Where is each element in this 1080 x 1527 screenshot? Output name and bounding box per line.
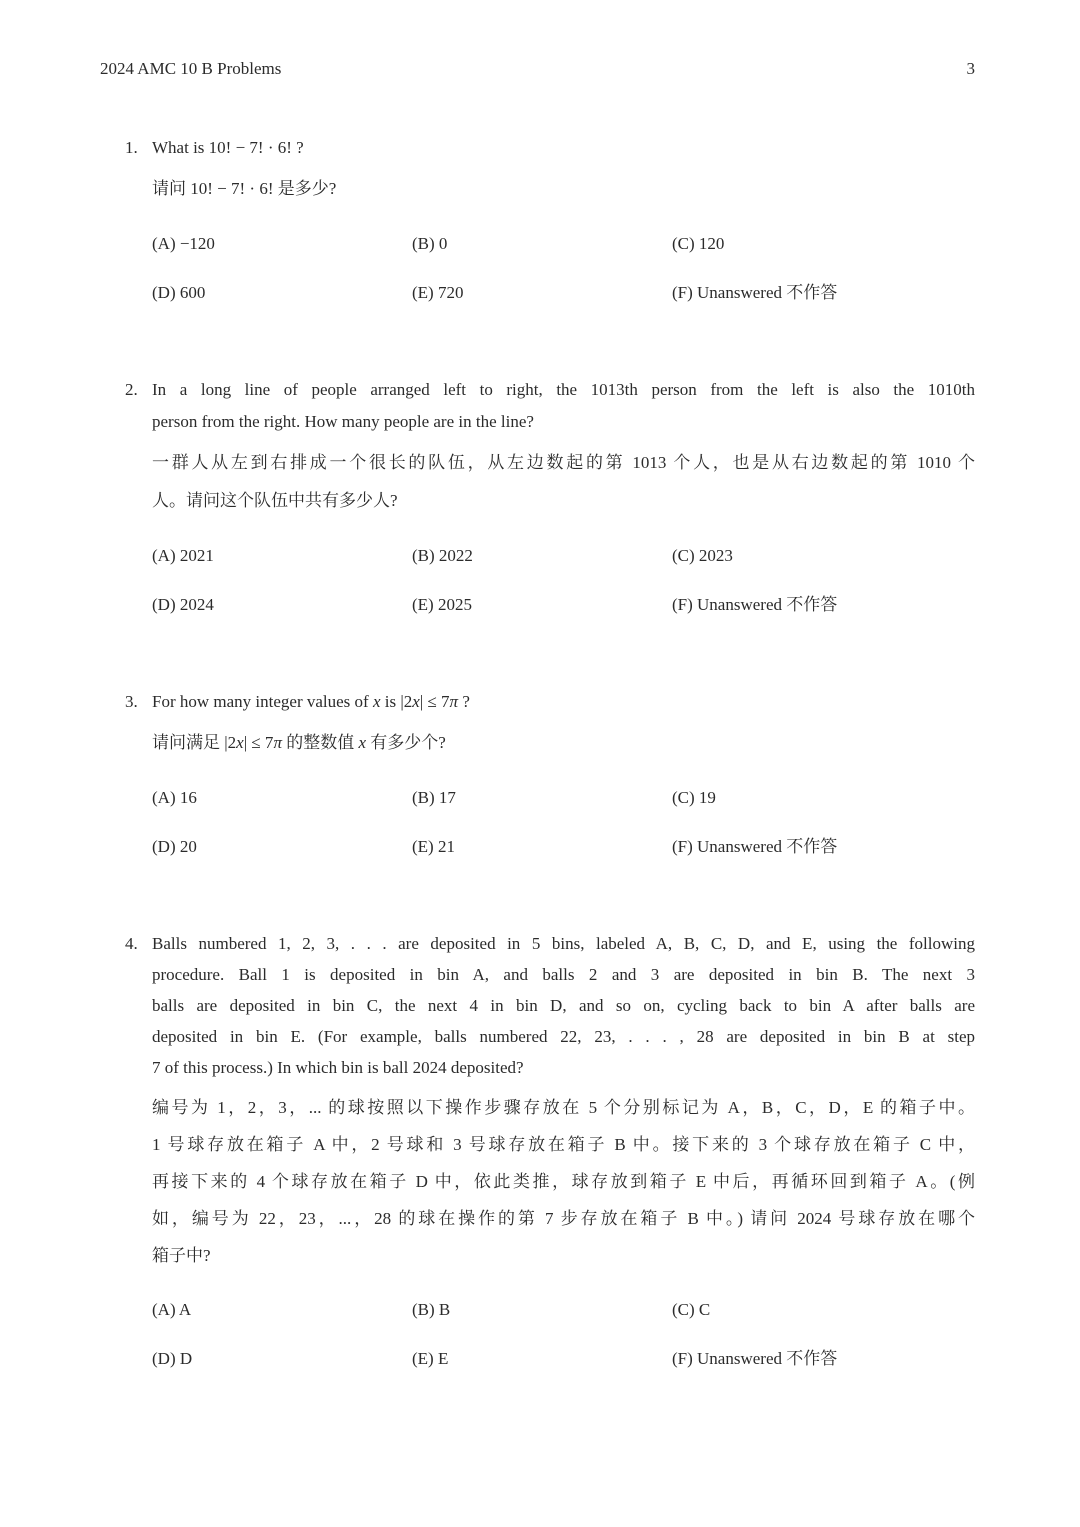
problem-2-zh-line-2: 人。请问这个队伍中共有多少人? [152,482,975,520]
math-pi: π [450,692,459,711]
problem-3-options: (A) 16 (B) 17 (C) 19 (D) 20 (E) 21 (F) U… [152,787,975,858]
problem-2-options: (A) 2021 (B) 2022 (C) 2023 (D) 2024 (E) … [152,545,975,616]
problem-2-number: 2. [125,374,152,616]
text-segment: 请问满足 |2 [152,733,236,752]
problem-4-zh-line-5: 箱子中? [152,1237,975,1274]
problem-4-zh-line-3: 再接下来的 4 个球存放在箱子 D 中，依此类推，球存放到箱子 E 中后，再循环… [152,1163,975,1200]
problem-1: 1. What is 10! − 7! · 6! ? 请问 10! − 7! ·… [100,132,975,304]
option-f: (F) Unanswered 不作答 [672,594,975,616]
math-pi: π [273,733,282,752]
option-c: (C) 19 [672,787,975,809]
option-a: (A) 2021 [152,545,412,567]
problem-4-zh-line-2: 1 号球存放在箱子 A 中，2 号球和 3 号球存放在箱子 B 中。接下来的 3… [152,1126,975,1163]
problem-4-en-line-4: deposited in bin E. (For example, balls … [152,1021,975,1052]
problem-4-en-line-1: Balls numbered 1, 2, 3, . . . are deposi… [152,928,975,959]
option-e: (E) 2025 [412,594,672,616]
problem-1-zh: 请问 10! − 7! · 6! 是多少? [152,170,975,208]
problem-1-options: (A) −120 (B) 0 (C) 120 (D) 600 (E) 720 (… [152,233,975,304]
problem-1-en: What is 10! − 7! · 6! ? [152,132,975,164]
option-c: (C) C [672,1299,975,1321]
math-variable: x [236,733,244,752]
option-b: (B) B [412,1299,672,1321]
option-a: (A) 16 [152,787,412,809]
problem-3-zh: 请问满足 |2x| ≤ 7π 的整数值 x 有多少个? [152,724,975,762]
text-segment: | ≤ 7 [420,692,450,711]
option-a: (A) −120 [152,233,412,255]
option-d: (D) 600 [152,282,412,304]
option-f: (F) Unanswered 不作答 [672,1348,975,1370]
problem-1-number: 1. [125,132,152,304]
math-variable: x [373,692,381,711]
option-e: (E) 720 [412,282,672,304]
text-segment: 有多少个? [366,733,446,752]
problem-3: 3. For how many integer values of x is |… [100,686,975,858]
text-segment: ? [458,692,470,711]
math-variable: x [412,692,420,711]
option-d: (D) D [152,1348,412,1370]
option-d: (D) 2024 [152,594,412,616]
problem-4-en-line-5: 7 of this process.) In which bin is ball… [152,1052,975,1083]
option-f: (F) Unanswered 不作答 [672,282,975,304]
text-segment: 的整数值 [282,733,359,752]
option-d: (D) 20 [152,836,412,858]
problem-4-options: (A) A (B) B (C) C (D) D (E) E (F) Unansw… [152,1299,975,1370]
document-page: 2024 AMC 10 B Problems 3 1. What is 10! … [0,0,1080,1527]
option-c: (C) 120 [672,233,975,255]
problem-2-zh-line-1: 一群人从左到右排成一个很长的队伍，从左边数起的第 1013 个人，也是从右边数起… [152,444,975,482]
text-segment: | ≤ 7 [244,733,274,752]
page-header: 2024 AMC 10 B Problems 3 [100,58,975,80]
option-e: (E) 21 [412,836,672,858]
option-b: (B) 2022 [412,545,672,567]
problem-3-en: For how many integer values of x is |2x|… [152,686,975,718]
problem-2-en-line-2: person from the right. How many people a… [152,406,975,438]
problem-4-en-line-3: balls are deposited in bin C, the next 4… [152,990,975,1021]
problem-2-en-line-1: In a long line of people arranged left t… [152,374,975,406]
problem-4-en-line-2: procedure. Ball 1 is deposited in bin A,… [152,959,975,990]
text-segment: For how many integer values of [152,692,373,711]
problem-4-number: 4. [125,928,152,1370]
option-e: (E) E [412,1348,672,1370]
problem-4-zh-line-4: 如，编号为 22，23，...，28 的球在操作的第 7 步存放在箱子 B 中。… [152,1200,975,1237]
math-variable: x [358,733,366,752]
text-segment: is |2 [381,692,413,711]
problem-4-zh-line-1: 编号为 1，2，3，... 的球按照以下操作步骤存放在 5 个分别标记为 A，B… [152,1089,975,1126]
option-b: (B) 17 [412,787,672,809]
page-number: 3 [967,58,976,80]
option-a: (A) A [152,1299,412,1321]
problem-3-number: 3. [125,686,152,858]
option-c: (C) 2023 [672,545,975,567]
option-f: (F) Unanswered 不作答 [672,836,975,858]
option-b: (B) 0 [412,233,672,255]
problem-4: 4. Balls numbered 1, 2, 3, . . . are dep… [100,928,975,1370]
document-title: 2024 AMC 10 B Problems [100,58,281,80]
problem-2: 2. In a long line of people arranged lef… [100,374,975,616]
